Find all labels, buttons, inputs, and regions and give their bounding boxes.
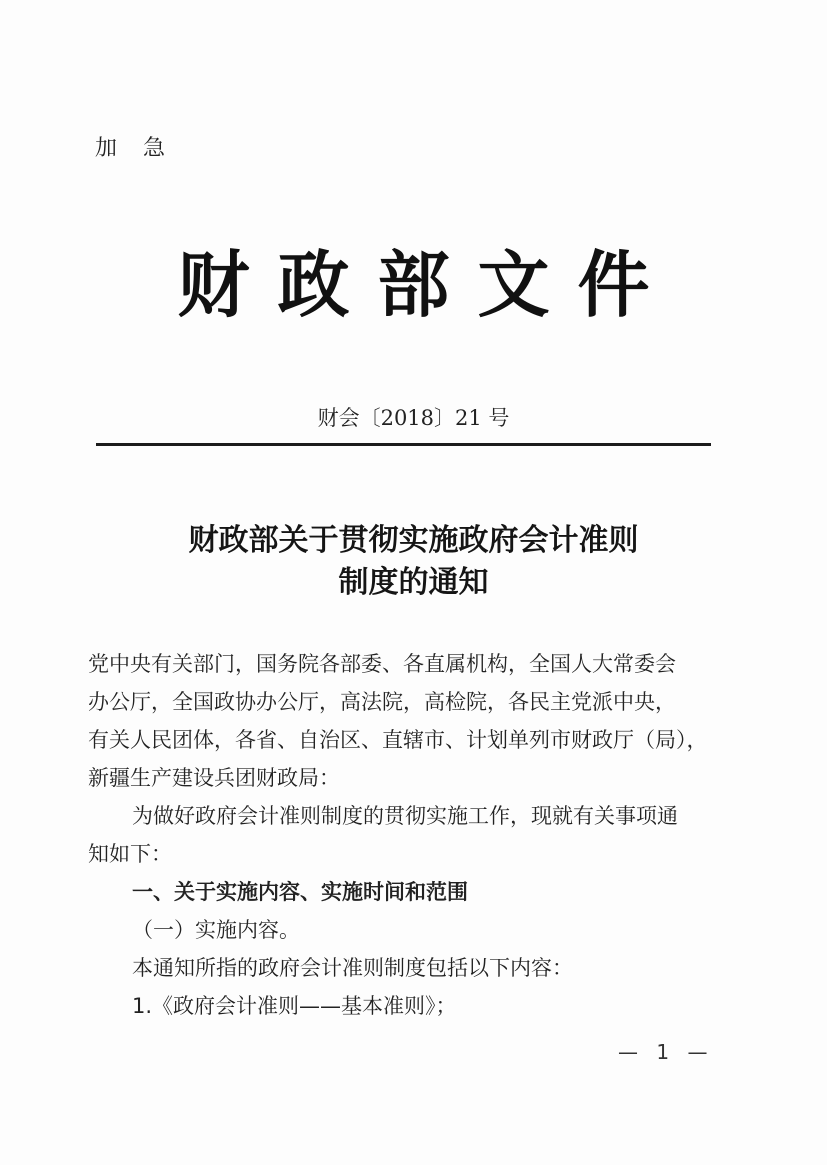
paragraph: 本通知所指的政府会计准则制度包括以下内容： xyxy=(88,949,728,987)
document-masthead: 财政部文件 xyxy=(0,240,827,330)
intro-line: 知如下： xyxy=(88,835,728,873)
section-heading: 一、关于实施内容、实施时间和范围 xyxy=(88,873,728,911)
masthead-char: 件 xyxy=(576,240,652,330)
urgency-char: 加 xyxy=(95,136,117,161)
page-number: — 1 — xyxy=(618,1040,713,1064)
addressee-line: 党中央有关部门，国务院各部委、各直属机构，全国人大常委会 xyxy=(88,645,728,683)
title-line-1: 财政部关于贯彻实施政府会计准则 xyxy=(0,520,827,562)
masthead-char: 部 xyxy=(376,240,452,330)
masthead-char: 文 xyxy=(476,240,552,330)
addressee-line: 办公厅，全国政协办公厅，高法院，高检院，各民主党派中央， xyxy=(88,683,728,721)
title-line-2: 制度的通知 xyxy=(0,562,827,604)
urgency-label: 加急 xyxy=(95,131,165,162)
intro-line: 为做好政府会计准则制度的贯彻实施工作，现就有关事项通 xyxy=(88,797,728,835)
urgency-char: 急 xyxy=(143,136,165,161)
addressee-line: 新疆生产建设兵团财政局： xyxy=(88,759,728,797)
masthead-char: 政 xyxy=(276,240,352,330)
masthead-char: 财 xyxy=(176,240,252,330)
document-body: 党中央有关部门，国务院各部委、各直属机构，全国人大常委会 办公厅，全国政协办公厅… xyxy=(88,645,728,1025)
subsection-heading: （一）实施内容。 xyxy=(88,911,728,949)
addressee-line: 有关人民团体，各省、自治区、直辖市、计划单列市财政厅（局）， xyxy=(88,721,728,759)
header-divider xyxy=(96,443,711,446)
list-item: 1.《政府会计准则——基本准则》； xyxy=(88,987,728,1025)
document-number: 财会〔2018〕21 号 xyxy=(0,402,827,432)
document-title: 财政部关于贯彻实施政府会计准则 制度的通知 xyxy=(0,520,827,604)
